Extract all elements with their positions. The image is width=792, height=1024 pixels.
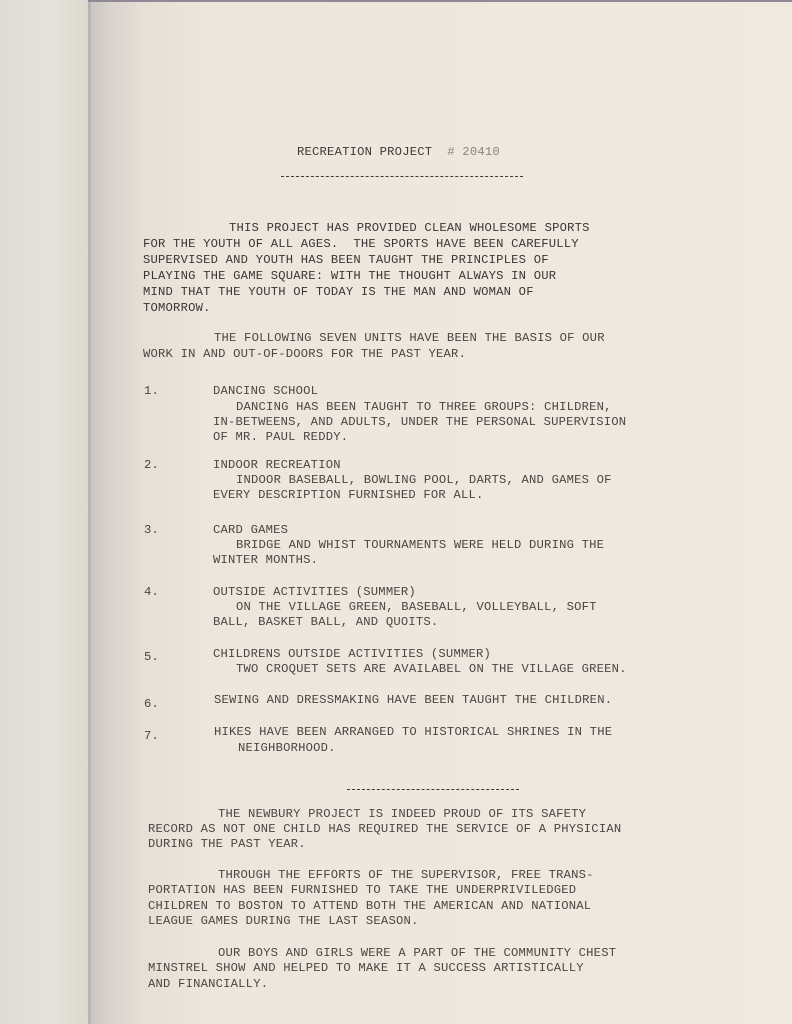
minstrel-line: OUR BOYS AND GIRLS WERE A PART OF THE CO… — [218, 946, 616, 961]
unit-line: OF MR. PAUL REDDY. — [213, 430, 348, 445]
unit-line: ON THE VILLAGE GREEN, BASEBALL, VOLLEYBA… — [236, 600, 597, 615]
safety-line: THE NEWBURY PROJECT IS INDEED PROUD OF I… — [218, 807, 586, 822]
minstrel-line: AND FINANCIALLY. — [148, 977, 268, 992]
unit-heading: HIKES HAVE BEEN ARRANGED TO HISTORICAL S… — [214, 725, 612, 740]
unit-line: TWO CROQUET SETS ARE AVAILABEL ON THE VI… — [236, 662, 627, 677]
unit-heading: CHILDRENS OUTSIDE ACTIVITIES (SUMMER) — [213, 647, 491, 662]
intro-line: TOMORROW. — [143, 301, 211, 316]
unit-number: 1. — [144, 384, 159, 399]
safety-line: DURING THE PAST YEAR. — [148, 837, 306, 852]
unit-line: INDOOR BASEBALL, BOWLING POOL, DARTS, AN… — [236, 473, 612, 488]
intro-line: PLAYING THE GAME SQUARE: WITH THE THOUGH… — [143, 269, 556, 284]
title-text: RECREATION PROJECT — [297, 145, 432, 159]
transport-line: CHILDREN TO BOSTON TO ATTEND BOTH THE AM… — [148, 899, 591, 914]
unit-line: BALL, BASKET BALL, AND QUOITS. — [213, 615, 438, 630]
unit-number: 6. — [144, 697, 159, 712]
unit-heading: OUTSIDE ACTIVITIES (SUMMER) — [213, 585, 416, 600]
minstrel-line: MINSTREL SHOW AND HELPED TO MAKE IT A SU… — [148, 961, 584, 976]
unit-number: 3. — [144, 523, 159, 538]
unit-heading: INDOOR RECREATION — [213, 458, 341, 473]
typewritten-document: RECREATION PROJECT # 20410 THIS PROJECT … — [0, 0, 792, 1024]
unit-number: 4. — [144, 585, 159, 600]
intro-line: THIS PROJECT HAS PROVIDED CLEAN WHOLESOM… — [229, 221, 590, 236]
transport-line: THROUGH THE EFFORTS OF THE SUPERVISOR, F… — [218, 868, 594, 883]
intro-line: FOR THE YOUTH OF ALL AGES. THE SPORTS HA… — [143, 237, 579, 252]
unit-number: 5. — [144, 650, 159, 665]
unit-number: 7. — [144, 729, 159, 744]
units-intro-line: WORK IN AND OUT-OF-DOORS FOR THE PAST YE… — [143, 347, 466, 362]
unit-heading: DANCING SCHOOL — [213, 384, 318, 399]
unit-number: 2. — [144, 458, 159, 473]
unit-heading: SEWING AND DRESSMAKING HAVE BEEN TAUGHT … — [214, 693, 612, 708]
intro-line: SUPERVISED AND YOUTH HAS BEEN TAUGHT THE… — [143, 253, 549, 268]
transport-line: PORTATION HAS BEEN FURNISHED TO TAKE THE… — [148, 883, 576, 898]
document-title: RECREATION PROJECT # 20410 — [297, 145, 500, 160]
safety-line: RECORD AS NOT ONE CHILD HAS REQUIRED THE… — [148, 822, 621, 837]
unit-heading: CARD GAMES — [213, 523, 288, 538]
transport-line: LEAGUE GAMES DURING THE LAST SEASON. — [148, 914, 419, 929]
title-underline — [281, 176, 523, 177]
section-divider — [347, 789, 519, 790]
units-intro-line: THE FOLLOWING SEVEN UNITS HAVE BEEN THE … — [214, 331, 605, 346]
unit-line: EVERY DESCRIPTION FURNISHED FOR ALL. — [213, 488, 484, 503]
unit-line: DANCING HAS BEEN TAUGHT TO THREE GROUPS:… — [236, 400, 612, 415]
project-number: # 20410 — [447, 145, 500, 159]
unit-line: BRIDGE AND WHIST TOURNAMENTS WERE HELD D… — [236, 538, 604, 553]
unit-line: NEIGHBORHOOD. — [238, 741, 336, 756]
unit-line: WINTER MONTHS. — [213, 553, 318, 568]
intro-line: MIND THAT THE YOUTH OF TODAY IS THE MAN … — [143, 285, 534, 300]
unit-line: IN-BETWEENS, AND ADULTS, UNDER THE PERSO… — [213, 415, 626, 430]
